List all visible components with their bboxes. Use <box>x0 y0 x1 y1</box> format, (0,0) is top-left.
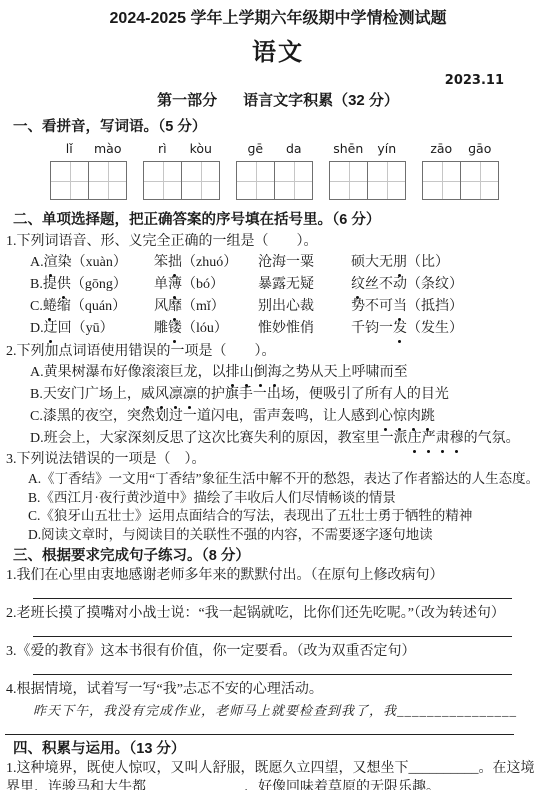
exam-page: 2024-2025 学年上学期六年级期中学情检测试题 语文 2023.11 第一… <box>0 0 556 790</box>
pinyin-syllable: zāo <box>422 141 461 158</box>
pinyin-syllable: da <box>275 141 314 158</box>
q1-option-d: D.迂回（yū） 雕镂（lóu） 惟妙惟俏 千钧一发（发生） <box>0 318 556 340</box>
question-1-stem: 1.下列词语音、形、义完全正确的一组是（ ）。 <box>0 232 556 252</box>
pinyin-writing-area: lǐmào rìkòu ɡēda shēnyín <box>50 141 556 200</box>
pinyin-syllable: kòu <box>182 141 221 158</box>
option-text: 天安门广场上，威风凛凛的护旗手一出场，便吸引了所有人的目光 <box>43 387 449 402</box>
word-item: 势不可当（抵挡） <box>351 296 556 318</box>
word-item: 笨拙（zhuó） <box>154 252 258 274</box>
word-item: 惟妙惟俏 <box>258 318 351 340</box>
pinyin-word-group: ɡēda <box>236 141 313 200</box>
writing-grid <box>143 161 220 200</box>
option-text: 阅读文章时，与阅读目的关联性不强的内容，不需要逐字逐句地读 <box>41 527 433 542</box>
option-label: D. <box>30 431 44 446</box>
option-label: C. <box>30 409 43 424</box>
option-label: A. <box>28 471 41 486</box>
q1-option-c: C.蜷缩（quán） 风靡（mǐ） 别出心裁 势不可当（抵挡） <box>0 296 556 318</box>
option-label: C. <box>30 299 43 314</box>
option-label: A. <box>30 255 44 270</box>
exam-title: 2024-2025 学年上学期六年级期中学情检测试题 <box>0 8 556 30</box>
answer-line <box>33 661 512 675</box>
word-item: D.迂回（yū） <box>30 318 154 340</box>
q2-option-d: D.班会上，大家深刻反思了这次比赛失利的原因，教室里一派庄严肃穆的气氛。 <box>0 428 556 450</box>
section-4-heading: 四、积累与运用。（13 分） <box>0 739 556 759</box>
option-label: D. <box>28 527 41 542</box>
writing-grid <box>50 161 127 200</box>
answer-line <box>33 585 512 599</box>
option-text: 班会上，大家深刻反思了这次比赛失利的原因，教室里一派庄严肃穆的气氛。 <box>44 431 520 446</box>
answer-line <box>33 623 512 637</box>
q1-option-b: B.提供（gōng） 单薄（bó） 暴露无疑 纹丝不动（条纹） <box>0 274 556 296</box>
exercise-item-3: 3.《爱的教育》这本书很有价值，你一定要看。（改为双重否定句） <box>0 642 556 661</box>
word-item: B.提供（gōng） <box>30 274 154 296</box>
situation-context-text: 昨天下午，我没有完成作业，老师马上就要检查到我了，我______________… <box>33 701 556 720</box>
option-label: B. <box>30 277 43 292</box>
tian-grid-cell <box>88 162 126 199</box>
question-2-stem: 2.下列加点词语使用错误的一项是（ ）。 <box>0 342 556 362</box>
writing-grid <box>236 161 313 200</box>
tian-grid-cell <box>423 162 460 199</box>
pinyin-label: rìkòu <box>143 141 220 158</box>
q3-option-c: C.《狼牙山五壮士》运用点面结合的写法，表现出了五壮士勇于牺牲的精神 <box>0 507 556 526</box>
q3-option-b: B.《西江月·夜行黄沙道中》描绘了丰收后人们尽情畅谈的情景 <box>0 489 556 508</box>
option-label: A. <box>30 365 44 380</box>
fill-in-blank-item: 1.这种境界，既使人惊叹，又叫人舒服，既愿久立四望，又想坐下__________… <box>0 759 556 790</box>
option-label: B. <box>30 387 43 402</box>
word-item: 雕镂（lóu） <box>154 318 258 340</box>
word-text: 渲染（xuàn） <box>44 255 127 270</box>
answer-line <box>5 720 514 735</box>
tian-grid-cell <box>237 162 274 199</box>
word-item: 单薄（bó） <box>154 274 258 296</box>
writing-grid <box>329 161 406 200</box>
pinyin-label: ɡēda <box>236 141 313 158</box>
word-text: 蜷缩（quán） <box>43 299 126 314</box>
pinyin-label: lǐmào <box>50 141 127 158</box>
q2-option-a: A.黄果树瀑布好像滚滚巨龙，以排山倒海之势从天上呼啸而至 <box>0 362 556 384</box>
tian-grid-cell <box>144 162 181 199</box>
pinyin-syllable: shēn <box>329 141 368 158</box>
pinyin-syllable: mào <box>89 141 128 158</box>
word-text: 迂回（yū） <box>44 321 114 336</box>
word-item: 纹丝不动（条纹） <box>351 274 556 296</box>
pinyin-syllable: ɡāo <box>461 141 500 158</box>
pinyin-syllable: ɡē <box>236 141 275 158</box>
word-item: 沧海一粟 <box>258 252 351 274</box>
q3-options: A.《丁香结》一文用“丁香结”象征生活中解不开的愁怨，表达了作者豁达的人生态度。… <box>0 470 556 544</box>
option-label: B. <box>28 490 40 505</box>
pinyin-label: shēnyín <box>329 141 406 158</box>
option-text: 漆黑的夜空，突然划过一道闪电，雷声轰鸣，让人感到心惊肉跳 <box>43 409 435 424</box>
tian-grid-cell <box>274 162 312 199</box>
option-text: 《狼牙山五壮士》运用点面结合的写法，表现出了五壮士勇于牺牲的精神 <box>40 508 472 523</box>
exercise-item-2: 2.老班长摸了摸嘴对小战士说：“我一起锅就吃，比你们还先吃呢。”（改为转述句） <box>0 604 556 623</box>
tian-grid-cell <box>181 162 219 199</box>
section-1-heading: 一、看拼音，写词语。（5 分） <box>0 117 556 137</box>
exam-date: 2023.11 <box>0 72 556 89</box>
part-heading: 第一部分语言文字积累（32 分） <box>0 91 556 111</box>
q2-option-c: C.漆黑的夜空，突然划过一道闪电，雷声轰鸣，让人感到心惊肉跳 <box>0 406 556 428</box>
section-3-heading: 三、根据要求完成句子练习。（8 分） <box>0 546 556 566</box>
word-item: 硕大无朋（比） <box>351 252 556 274</box>
writing-grid <box>422 161 499 200</box>
part-name: 语言文字积累（32 分） <box>243 92 399 109</box>
pinyin-word-group: zāoɡāo <box>422 141 499 200</box>
q1-option-a: A.渲染（xuàn） 笨拙（zhuó） 沧海一粟 硕大无朋（比） <box>0 252 556 274</box>
exercise-item-1: 1.我们在心里由衷地感谢老师多年来的默默付出。（在原句上修改病句） <box>0 566 556 585</box>
word-text: 提供（gōng） <box>43 277 127 292</box>
option-text: 黄果树瀑布好像滚滚巨龙，以排山倒海之势从天上呼啸而至 <box>44 365 408 380</box>
tian-grid-cell <box>460 162 498 199</box>
exercise-item-4: 4.根据情境，试着写一写“我”忐忑不安的心理活动。 <box>0 680 556 699</box>
option-text: 《西江月·夜行黄沙道中》描绘了丰收后人们尽情畅谈的情景 <box>40 490 396 505</box>
pinyin-syllable: lǐ <box>50 141 89 158</box>
pinyin-word-group: rìkòu <box>143 141 220 200</box>
q3-option-a: A.《丁香结》一文用“丁香结”象征生活中解不开的愁怨，表达了作者豁达的人生态度。 <box>0 470 556 489</box>
q2-option-b: B.天安门广场上，威风凛凛的护旗手一出场，便吸引了所有人的目光 <box>0 384 556 406</box>
pinyin-word-group: shēnyín <box>329 141 406 200</box>
pinyin-syllable: yín <box>368 141 407 158</box>
word-item: 千钧一发（发生） <box>351 318 556 340</box>
tian-grid-cell <box>51 162 88 199</box>
subject-title: 语文 <box>0 38 556 68</box>
word-item: A.渲染（xuàn） <box>30 252 154 274</box>
q3-option-d: D.阅读文章时，与阅读目的关联性不强的内容，不需要逐字逐句地读 <box>0 526 556 545</box>
tian-grid-cell <box>330 162 367 199</box>
pinyin-label: zāoɡāo <box>422 141 499 158</box>
tian-grid-cell <box>367 162 405 199</box>
option-label: C. <box>28 508 40 523</box>
word-item: 暴露无疑 <box>258 274 351 296</box>
option-label: D. <box>30 321 44 336</box>
part-label: 第一部分 <box>157 92 217 109</box>
word-item: 别出心裁 <box>258 296 351 318</box>
word-item: 风靡（mǐ） <box>154 296 258 318</box>
pinyin-syllable: rì <box>143 141 182 158</box>
word-item: C.蜷缩（quán） <box>30 296 154 318</box>
section-2-heading: 二、单项选择题，把正确答案的序号填在括号里。（6 分） <box>0 210 556 230</box>
question-3-stem: 3.下列说法错误的一项是（ ）。 <box>0 450 556 470</box>
option-text: 《丁香结》一文用“丁香结”象征生活中解不开的愁怨，表达了作者豁达的人生态度。 <box>41 471 539 486</box>
pinyin-word-group: lǐmào <box>50 141 127 200</box>
